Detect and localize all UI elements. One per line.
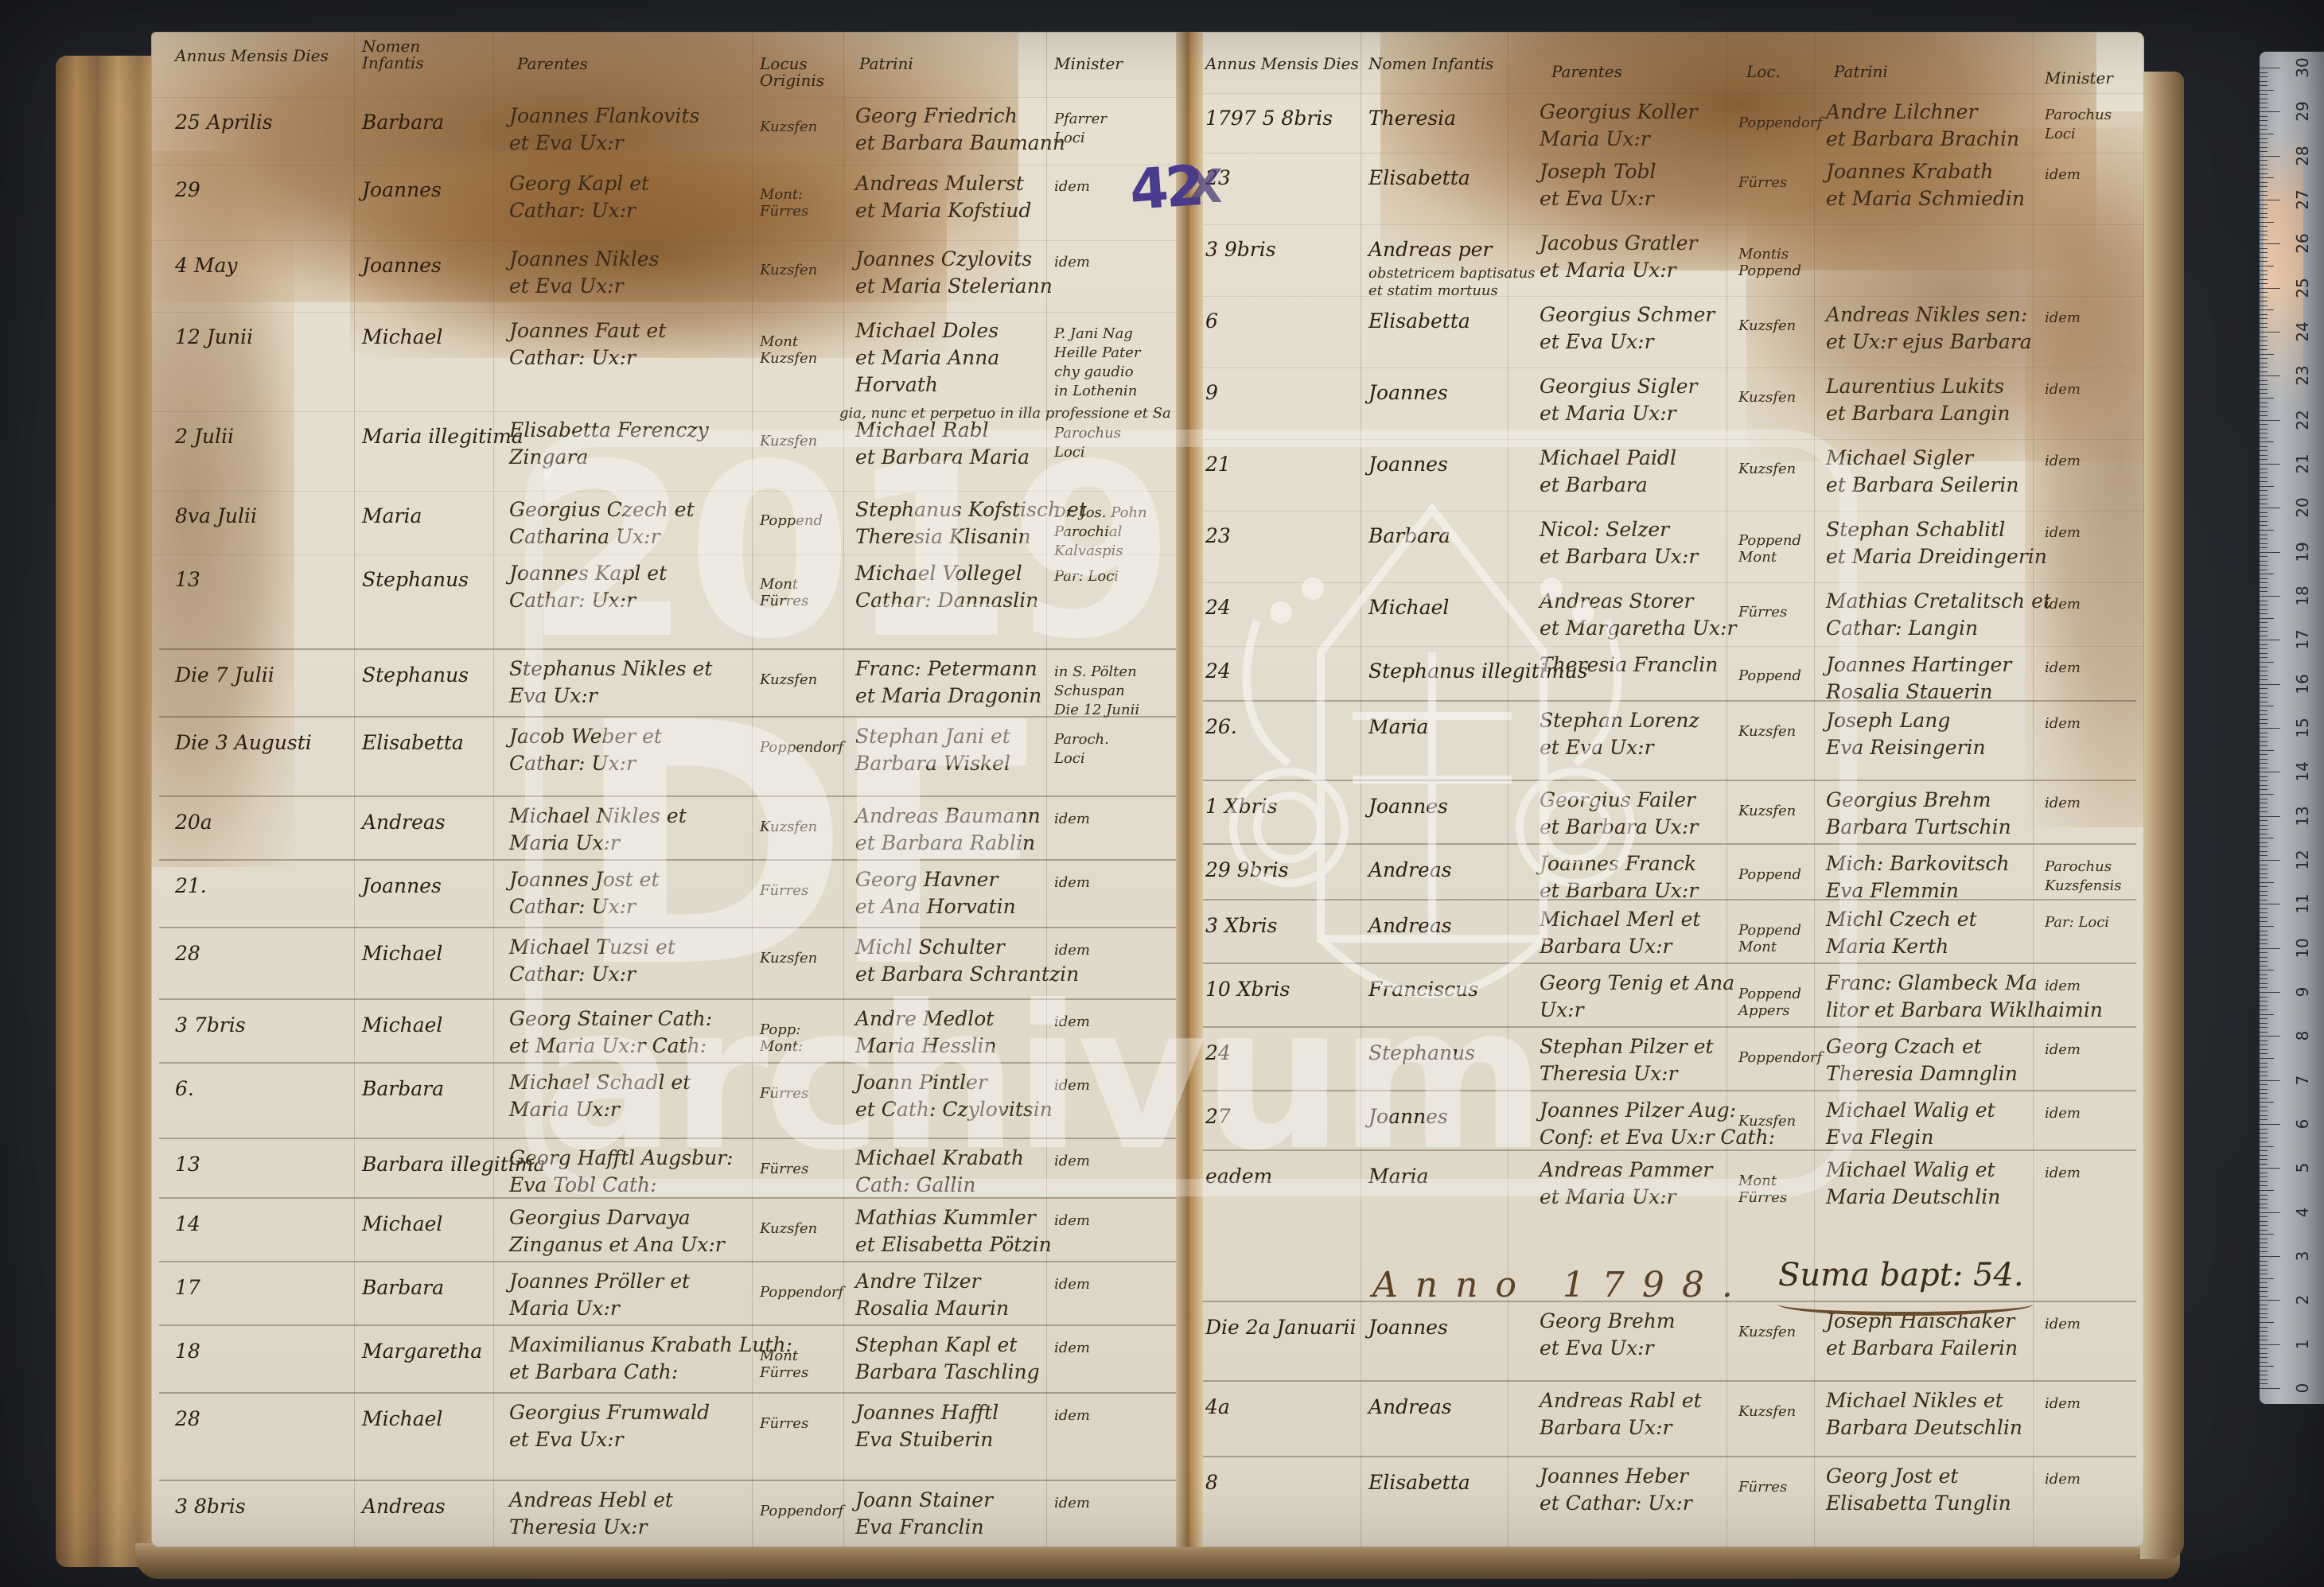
entry-godparents-line: Joannes Krabath [1826, 159, 1993, 184]
entry-minister-line: idem [2045, 525, 2081, 542]
ruler-tick [2260, 1287, 2268, 1288]
ruler-tick [2260, 318, 2268, 319]
ruler-tick [2260, 1063, 2268, 1064]
ruler-tick [2260, 966, 2268, 967]
ruler-tick [2260, 213, 2268, 214]
entry-godparents-line: et Maria Steleriann [855, 274, 1053, 298]
entry-godparents-line: Rosalia Maurin [855, 1296, 1009, 1321]
entry-date: 9 [1205, 380, 1218, 405]
entry-origin: Kuzsfen [1738, 1114, 1818, 1130]
entry-child-name: Andreas [1368, 913, 1452, 938]
entry-ruling-line [151, 165, 1189, 165]
entry-godparents-line: Barbara Taschling [855, 1359, 1040, 1384]
ruler-tick [2260, 873, 2268, 874]
entry-origin: Poppend [1738, 668, 1818, 685]
ruler-tick [2260, 169, 2268, 169]
ruler-tick [2260, 671, 2268, 671]
ruler-tick [2260, 961, 2268, 962]
entry-minister-line: Par: Loci [2045, 915, 2109, 932]
ruler-tick [2260, 733, 2268, 733]
entry-separator-line [159, 1480, 1181, 1481]
ruler-label: 26 [2293, 228, 2312, 259]
measurement-ruler: 3029282726252423222120191817161514131211… [2260, 52, 2324, 1404]
ruler-label: 10 [2293, 932, 2312, 964]
entry-date: 12 Junii [175, 325, 253, 349]
entry-minister-line: idem [1054, 1213, 1090, 1230]
entry-origin: Kuzsfen [760, 951, 847, 967]
entry-date: 8 [1205, 1470, 1218, 1495]
ruler-tick [2260, 789, 2268, 790]
ruler-label: 17 [2293, 624, 2312, 655]
ruler-tick [2260, 1195, 2268, 1196]
ruler-tick [2260, 1348, 2268, 1349]
entry-minister-line: P. Jani Nag [1054, 326, 1133, 343]
entry-date: 13 [175, 1152, 200, 1177]
ruler-tick [2260, 741, 2268, 742]
ruler-tick [2260, 107, 2268, 108]
ruler-tick [2260, 222, 2274, 223]
entry-godparents-line: et Maria Kofstiud [855, 198, 1031, 223]
entry-godparents-line: Theresia Klisanin [855, 524, 1031, 549]
ruler-tick [2260, 252, 2268, 253]
entry-parents-line: Maria Ux:r [509, 1097, 620, 1122]
ruler-tick [2260, 481, 2268, 482]
entry-origin: Kuzsfen [760, 263, 847, 279]
entry-origin: Kuzsfen [1738, 803, 1818, 820]
entry-parents-line: Elisabetta Ferenczy [509, 418, 709, 442]
entry-parents-line: Cathar: Ux:r [509, 894, 636, 919]
entry-godparents-line: et Ana Horvatin [855, 894, 1016, 919]
ruler-tick [2260, 648, 2268, 649]
ruler-tick [2260, 1146, 2274, 1147]
ruler-tick [2260, 997, 2268, 998]
entry-godparents-line: Stephan Jani et [855, 724, 1010, 749]
header-minister-right: Minister [2045, 70, 2113, 87]
ruler-tick [2260, 1040, 2268, 1041]
ruler-tick [2260, 173, 2268, 174]
ruler-tick [2260, 780, 2268, 781]
ruler-tick [2260, 1212, 2280, 1213]
entry-parents-line: Georg Brehm [1540, 1309, 1676, 1333]
entry-origin: Kuzsfen [1738, 461, 1818, 478]
ruler-tick [2260, 1159, 2268, 1160]
entry-child-name: Andreas [1368, 858, 1452, 882]
ruler-tick [2260, 763, 2268, 764]
ruler-tick [2260, 869, 2268, 869]
ruler-tick [2260, 1331, 2268, 1332]
ruler-tick [2260, 85, 2268, 86]
ruler-tick [2260, 684, 2280, 685]
ruler-label: 27 [2293, 184, 2312, 216]
ruler-tick [2260, 283, 2268, 284]
ruler-tick [2260, 1093, 2268, 1094]
entry-origin: Fürres [760, 1416, 847, 1433]
ruler-tick [2260, 292, 2268, 293]
entry-godparents-line: Joannes Czylovits [855, 247, 1032, 271]
ruler-tick [2260, 1371, 2268, 1371]
baptism-total: Suma bapt: 54. [1778, 1257, 2024, 1293]
ruler-tick [2260, 1084, 2268, 1085]
entry-godparents-line: Michael Doles [855, 318, 999, 343]
ruler-tick [2260, 1282, 2268, 1283]
entry-parents-line: Maximilianus Krabath Luth: [509, 1332, 792, 1357]
ruler-tick [2260, 710, 2268, 711]
entry-child-name: Barbara [362, 1275, 444, 1300]
ruler-tick [2260, 309, 2274, 310]
ruler-label: 18 [2293, 580, 2312, 612]
ruler-tick [2260, 297, 2268, 298]
entry-godparents-line: Michael Sigler [1826, 445, 1973, 470]
entry-minister-line: in Lothenin [1054, 383, 1137, 400]
entry-parents-line: Jacobus Gratler [1540, 231, 1697, 255]
ruler-tick [2260, 1305, 2268, 1305]
entry-child-name: Michael [362, 325, 442, 349]
ruler-tick [2260, 728, 2280, 729]
ruler-tick [2260, 1225, 2268, 1226]
entry-parents-line: Cathar: Ux:r [509, 198, 636, 223]
ruler-tick [2260, 398, 2274, 399]
ruler-tick [2260, 1317, 2268, 1318]
entry-godparents-line: et Maria Dragonin [855, 683, 1041, 708]
entry-origin: Poppendorf [760, 740, 847, 757]
ruler-tick [2260, 363, 2268, 364]
entry-date: 28 [175, 941, 200, 966]
entry-separator-line [159, 1062, 1181, 1064]
ruler-tick [2260, 1375, 2268, 1375]
entry-ruling-line [151, 312, 1189, 313]
entry-godparents-line: Michl Czech et [1826, 907, 1977, 932]
ruler-tick [2260, 877, 2268, 878]
ruler-tick [2260, 992, 2280, 993]
ruler-tick [2260, 1322, 2274, 1323]
entry-date: 24 [1205, 1040, 1231, 1065]
entry-minister-line: idem [1054, 811, 1090, 828]
entry-child-name: Margaretha [362, 1339, 482, 1363]
ruler-tick [2260, 1177, 2268, 1177]
ruler-label: 8 [2293, 1020, 2312, 1052]
ruler-tick [2260, 332, 2280, 333]
entry-godparents-line: et Cath: Czylovitsin [855, 1097, 1053, 1122]
ruler-tick [2260, 578, 2268, 579]
entry-origin: Poppendorf [1738, 1050, 1818, 1067]
entry-ruling-line [1189, 93, 2144, 94]
entry-minister-line: idem [2045, 1165, 2081, 1182]
ruler-tick [2260, 1129, 2268, 1130]
book-gutter [1176, 32, 1203, 1547]
entry-child-name: Joannes [362, 253, 442, 278]
entry-minister-line: idem [2045, 978, 2081, 995]
entry-separator-line [1197, 1090, 2136, 1091]
ruler-tick [2260, 1173, 2268, 1173]
ruler-tick [2260, 270, 2268, 271]
entry-parents-line: et Barbara [1540, 473, 1648, 497]
entry-godparents-line: et Barbara Baumann [855, 130, 1065, 155]
entry-origin: Popp: Mont: [760, 1022, 847, 1055]
entry-parents-line: Georg Tenig et Ana [1540, 970, 1734, 995]
ruler-tick [2260, 358, 2268, 359]
entry-date: 13 [175, 567, 200, 592]
ruler-tick [2260, 459, 2268, 460]
entry-minister-line: Kuzsfensis [2045, 878, 2122, 895]
header-origin: Locus Originis [760, 56, 835, 89]
ruler-tick [2260, 1243, 2268, 1243]
entry-separator-line [1197, 780, 2136, 781]
ruler-tick [2260, 477, 2268, 478]
entry-child-name: Stephanus [1368, 1040, 1475, 1065]
ruler-tick [2260, 279, 2268, 280]
entry-parents-line: Joannes Franck [1540, 851, 1696, 876]
ruler-tick [2260, 512, 2268, 513]
ruler-tick [2260, 160, 2268, 161]
ruler-tick [2260, 943, 2268, 944]
ruler-tick [2260, 636, 2268, 636]
ruler-tick [2260, 499, 2268, 500]
ruler-tick [2260, 1234, 2274, 1235]
entry-godparents-line: Maria Hesslin [855, 1033, 997, 1058]
entry-godparents-line: et Barbara Schrantzin [855, 962, 1079, 986]
ruler-tick [2260, 1164, 2268, 1165]
entry-godparents-line: Elisabetta Tunglin [1826, 1491, 2011, 1515]
ruler-tick [2260, 327, 2268, 328]
margin-mark-annotation: X [1187, 159, 1223, 213]
entry-separator-line [1197, 963, 2136, 964]
entry-parents-line: et Eva Ux:r [509, 130, 624, 155]
ruler-tick [2260, 305, 2268, 306]
entry-minister-line: Loci [1054, 130, 1085, 147]
entry-parents-line: Michael Merl et [1540, 907, 1700, 932]
entry-separator-line [159, 716, 1181, 718]
entry-godparents-line: Joannes Hafftl [855, 1400, 999, 1425]
ruler-tick [2260, 570, 2268, 570]
ruler-tick [2260, 737, 2268, 737]
ruler-tick [2260, 785, 2268, 786]
entry-godparents-line: Barbara Turtschin [1826, 815, 2011, 839]
book-edge-left [56, 56, 159, 1567]
entry-date: 8va Julii [175, 504, 257, 528]
ruler-label: 21 [2293, 448, 2312, 480]
entry-minister-line: idem [1054, 875, 1090, 892]
ruler-tick [2260, 1089, 2268, 1090]
ruler-tick [2260, 865, 2268, 865]
ruler-tick [2260, 1383, 2268, 1384]
entry-minister-line: in S. Pölten [1054, 664, 1137, 681]
entry-parents-line: Barbara Ux:r [1540, 1415, 1672, 1440]
entry-minister-line: idem [1054, 1277, 1090, 1293]
ruler-tick [2260, 1388, 2280, 1389]
entry-minister-line: idem [2045, 167, 2081, 184]
ruler-label: 12 [2293, 844, 2312, 876]
ruler-tick [2260, 1208, 2268, 1208]
entry-parents-line: Joseph Tobl [1540, 159, 1656, 184]
entry-ruling-line [1189, 153, 2144, 154]
entry-minister-line: idem [1054, 1340, 1090, 1357]
entry-date: 20a [175, 810, 212, 834]
entry-parents-line: et Barbara Cath: [509, 1359, 678, 1384]
entry-minister-line: Parochus [1054, 426, 1121, 442]
ruler-tick [2260, 547, 2268, 548]
ruler-tick [2260, 1155, 2268, 1156]
entry-child-name: Stephanus [362, 567, 469, 592]
ruler-tick [2260, 609, 2268, 610]
entry-origin: Poppend [760, 513, 847, 530]
ruler-tick [2260, 834, 2268, 834]
ruler-tick [2260, 340, 2268, 341]
ruler-tick [2260, 76, 2268, 77]
entry-date: 14 [175, 1212, 200, 1236]
entry-parents-line: Cathar: Ux:r [509, 588, 636, 613]
ruler-tick [2260, 1124, 2280, 1125]
ruler-tick [2260, 908, 2268, 909]
ruler-tick [2260, 904, 2280, 904]
ruler-tick [2260, 582, 2268, 583]
ruler-tick [2260, 429, 2268, 430]
ruler-tick [2260, 978, 2268, 979]
ruler-tick [2260, 120, 2268, 121]
entry-parents-line: Georgius Schmer [1540, 302, 1715, 327]
entry-date: 27 [1205, 1104, 1231, 1129]
ruler-label: 23 [2293, 360, 2312, 391]
ruler-tick [2260, 855, 2268, 856]
ruler-tick [2260, 182, 2268, 183]
entry-minister-line: idem [2045, 597, 2081, 613]
ruler-tick [2260, 473, 2268, 473]
ruler-label: 4 [2293, 1196, 2312, 1228]
ruler-tick [2260, 653, 2268, 654]
entry-minister-line: idem [1054, 179, 1090, 196]
ruler-tick [2260, 561, 2268, 562]
entry-parents-line: Maria Ux:r [509, 1296, 620, 1321]
header-godparents-right: Patrini [1834, 64, 1888, 80]
ruler-tick [2260, 469, 2268, 469]
ruler-tick [2260, 371, 2268, 372]
entry-godparents-line: Joseph Lang [1826, 708, 1950, 733]
ruler-tick [2260, 389, 2268, 390]
entry-origin: Kuzsfen [1738, 724, 1818, 741]
ruler-tick [2260, 1009, 2268, 1010]
ruler-tick [2260, 1001, 2268, 1002]
entry-child-name: Franciscus [1368, 977, 1478, 1002]
entry-parents-line: Joannes Kapl et [509, 561, 667, 585]
ruler-tick [2260, 1278, 2274, 1279]
entry-origin: Poppendorf [760, 1285, 847, 1301]
ruler-tick [2260, 1256, 2280, 1257]
ruler-tick [2260, 838, 2274, 838]
ruler-tick [2260, 243, 2280, 244]
entry-minister-line: idem [2045, 1317, 2081, 1333]
entry-ruling-line [151, 97, 1189, 98]
ruler-tick [2260, 957, 2268, 958]
ruler-tick [2260, 939, 2268, 940]
ruler-tick [2260, 1058, 2274, 1059]
header-parents-right: Parentes [1551, 64, 1622, 80]
ruler-tick [2260, 644, 2268, 645]
entry-minister-line: idem [2045, 1396, 2081, 1413]
ruler-tick [2260, 90, 2274, 91]
entry-godparents-line: Cath: Gallin [855, 1173, 976, 1197]
entry-godparents-line: et Ux:r ejus Barbara [1826, 329, 2032, 354]
ruler-tick [2260, 406, 2268, 407]
ruler-tick [2260, 605, 2268, 605]
entry-child-name: Barbara [1368, 523, 1450, 548]
entry-parents-line: Ux:r [1540, 998, 1584, 1022]
entry-origin: Fürres [760, 883, 847, 900]
ruler-tick [2260, 129, 2268, 130]
ruler-tick [2260, 446, 2268, 447]
entry-origin: Kuzsfen [760, 1221, 847, 1238]
ruler-tick [2260, 917, 2268, 918]
ruler-tick [2260, 248, 2268, 249]
entry-parents-line: Georgius Failer [1540, 788, 1695, 812]
ruler-tick [2260, 912, 2268, 913]
entry-child-name: Elisabetta [1368, 1470, 1470, 1495]
ruler-tick [2260, 803, 2268, 803]
ruler-tick [2260, 111, 2280, 112]
entry-origin: Mont Fürres [760, 577, 847, 609]
ruler-label: 25 [2293, 272, 2312, 304]
entry-parents-line: Cathar: Ux:r [509, 962, 636, 986]
ruler-tick [2260, 1251, 2268, 1252]
ruler-tick [2260, 1296, 2268, 1297]
ruler-tick [2260, 116, 2268, 117]
ruler-tick [2260, 508, 2280, 508]
ruler-tick [2260, 1032, 2268, 1033]
ruler-label: 7 [2293, 1064, 2312, 1096]
entry-parents-line: et Margaretha Ux:r [1540, 616, 1736, 640]
entry-parents-line: Georgius Frumwald [509, 1400, 710, 1425]
entry-origin: Kuzsfen [1738, 1404, 1818, 1421]
entry-parents-line: et Cathar: Ux:r [1540, 1491, 1692, 1515]
ruler-tick [2260, 1199, 2268, 1200]
ruler-tick [2260, 195, 2268, 196]
ruler-tick [2260, 177, 2274, 178]
entry-minister-line: Par: Loci [1054, 569, 1119, 585]
ruler-tick [2260, 1261, 2268, 1262]
ruler-tick [2260, 714, 2268, 715]
entry-child-name: Joannes [1368, 794, 1448, 819]
entry-separator-line [1197, 899, 2136, 900]
ruler-tick [2260, 675, 2268, 676]
ruler-tick [2260, 574, 2274, 574]
entry-separator-line [1197, 700, 2136, 702]
ruler-tick [2260, 1300, 2280, 1301]
entry-child-name: Theresia [1368, 106, 1456, 130]
entry-date: 4a [1205, 1394, 1230, 1419]
ruler-tick [2260, 455, 2268, 456]
ruler-tick [2260, 631, 2268, 632]
ruler-tick [2260, 719, 2268, 720]
entry-godparents-line: et Maria Schmiedin [1826, 186, 2025, 211]
ruler-tick [2260, 1053, 2268, 1054]
ruler-tick [2260, 1230, 2268, 1231]
entry-godparents-line: Andreas Baumann [855, 803, 1041, 828]
ruler-tick [2260, 974, 2268, 975]
entry-origin: Kuzsfen [1738, 318, 1818, 335]
header-date: Annus Mensis Dies [175, 48, 329, 64]
ruler-tick [2260, 204, 2268, 205]
entry-minister-line: Parochus [2045, 107, 2112, 124]
entry-parents-line: Joannes Faut et [509, 318, 666, 343]
ruler-tick [2260, 186, 2268, 187]
entry-date: Die 7 Julii [175, 663, 274, 687]
ruler-tick [2260, 147, 2268, 148]
ruler-tick [2260, 411, 2268, 412]
entry-date: 3 7bris [175, 1013, 246, 1037]
entry-date: 1797 5 8bris [1205, 106, 1333, 130]
ruler-tick [2260, 1204, 2268, 1204]
entry-date: 1 Xbris [1205, 794, 1277, 819]
ruler-tick [2260, 231, 2268, 231]
entry-minister-line: idem [2045, 382, 2081, 399]
